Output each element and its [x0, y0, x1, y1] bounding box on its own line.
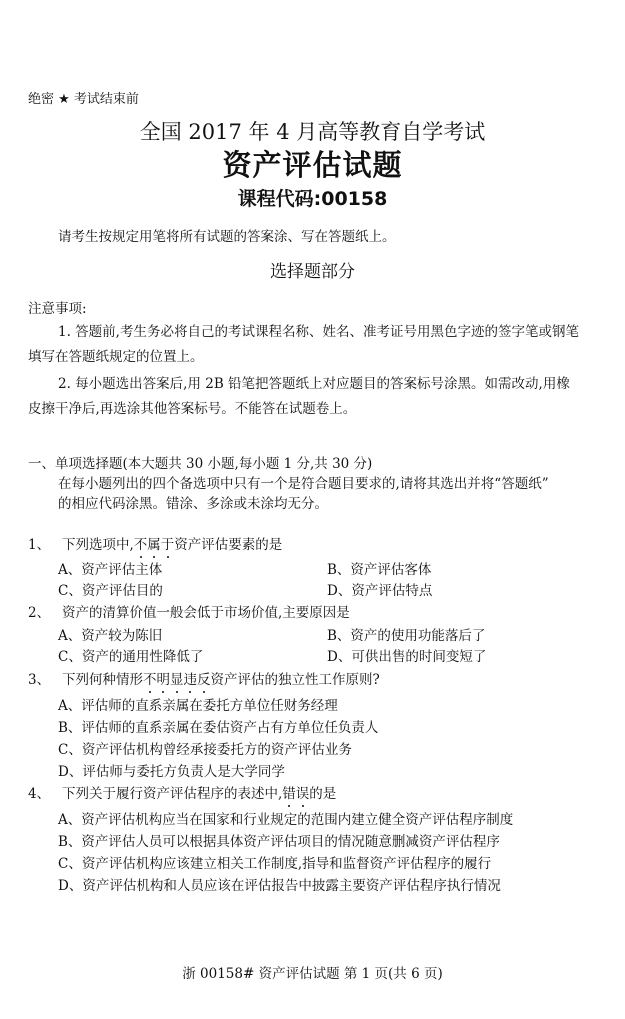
question-1-option-c: C、资产评估目的 — [58, 579, 163, 599]
subject-title: 资产评估试题 — [0, 143, 625, 184]
question-1-option-d: D、资产评估特点 — [327, 579, 432, 599]
question-3-option-d: D、评估师与委托方负责人是大学同学 — [58, 760, 285, 780]
emphasis-char: 不 — [134, 533, 148, 553]
section-heading: 一、单项选择题(本大题共 30 小题,每小题 1 分,共 30 分) — [28, 452, 372, 472]
question-1-text-after: 资产评估要素的是 — [174, 537, 282, 553]
question-3-text-after: 资产评估的独立性工作原则? — [211, 672, 380, 688]
course-code: 课程代码:00158 — [0, 184, 625, 211]
emphasis-char: 错 — [282, 782, 296, 802]
emphasis-char: 显 — [170, 668, 184, 688]
question-4-text: 下列关于履行资产评估程序的表述中,错误的是 — [62, 782, 336, 802]
question-2-text: 资产的清算价值一般会低于市场价值,主要原因是 — [62, 601, 350, 621]
question-4-number: 4、 — [28, 782, 50, 802]
question-4-option-b: B、资产评估人员可以根据具体资产评估项目的情况随意删减资产评估程序 — [58, 830, 500, 850]
confidential-label: 绝密 ★ 考试结束前 — [28, 88, 139, 107]
question-3-option-a: A、评估师的直系亲属在委托方单位任财务经理 — [58, 694, 338, 714]
question-4-option-d: D、资产评估机构和人员应该在评估报告中披露主要资产评估程序执行情况 — [58, 874, 501, 894]
question-2-option-c: C、资产的通用性降低了 — [58, 645, 203, 665]
exam-title: 全国 2017 年 4 月高等教育自学考试 — [0, 116, 625, 146]
note-item-1-line-2: 填写在答题纸规定的位置上。 — [28, 345, 204, 365]
question-4-option-c: C、资产评估机构应该建立相关工作制度,指导和监督资产评估程序的履行 — [58, 852, 491, 872]
question-4-text-before: 下列关于履行资产评估程序的表述中, — [62, 786, 282, 802]
note-item-1-line-1: 1. 答题前,考生务必将自己的考试课程名称、姓名、准考证号用黑色字迹的签字笔或钢… — [58, 320, 579, 340]
question-1-option-a: A、资产评估主体 — [58, 558, 162, 578]
emphasis-char: 于 — [161, 533, 175, 553]
question-4-text-after: 的是 — [309, 786, 336, 802]
question-2-number: 2、 — [28, 601, 50, 621]
general-instruction: 请考生按规定用笔将所有试题的答案涂、写在答题纸上。 — [58, 225, 396, 245]
question-2-option-a: A、资产较为陈旧 — [58, 624, 162, 644]
page-footer: 浙 00158# 资产评估试题 第 1 页(共 6 页) — [0, 962, 625, 982]
emphasis-char: 明 — [157, 668, 171, 688]
emphasis-char: 误 — [296, 782, 310, 802]
note-item-2-line-1: 2. 每小题选出答案后,用 2B 铅笔把答题纸上对应题目的答案标号涂黑。如需改动… — [58, 372, 570, 392]
note-item-2-line-2: 皮擦干净后,再选涂其他答案标号。不能答在试题卷上。 — [28, 397, 356, 417]
question-3-text-before: 下列何种情形 — [62, 672, 143, 688]
question-2-option-d: D、可供出售的时间变短了 — [327, 645, 486, 665]
question-1-option-b: B、资产评估客体 — [327, 558, 431, 578]
question-1-text-before: 下列选项中, — [62, 537, 134, 553]
question-1-text: 下列选项中,不属于资产评估要素的是 — [62, 533, 282, 553]
question-4-option-a: A、资产评估机构应当在国家和行业规定的范围内建立健全资产评估程序制度 — [58, 808, 513, 828]
section-description-line-2: 的相应代码涂黑。错涂、多涂或未涂均无分。 — [58, 492, 328, 512]
section-description-line-1: 在每小题列出的四个备选项中只有一个是符合题目要求的,请将其选出并将“答题纸” — [58, 472, 549, 492]
question-3-option-c: C、资产评估机构曾经承接委托方的资产评估业务 — [58, 738, 352, 758]
part-title: 选择题部分 — [0, 257, 625, 282]
question-3-number: 3、 — [28, 668, 50, 688]
emphasis-char: 不 — [143, 668, 157, 688]
question-3-text: 下列何种情形不明显违反资产评估的独立性工作原则? — [62, 668, 380, 688]
emphasis-char: 属 — [147, 533, 161, 553]
question-2-option-b: B、资产的使用功能落后了 — [327, 624, 485, 644]
question-1-number: 1、 — [28, 533, 50, 553]
notes-heading: 注意事项: — [28, 297, 87, 317]
question-3-option-b: B、评估师的直系亲属在委估资产占有方单位任负责人 — [58, 716, 378, 736]
emphasis-char: 反 — [197, 668, 211, 688]
emphasis-char: 违 — [184, 668, 198, 688]
